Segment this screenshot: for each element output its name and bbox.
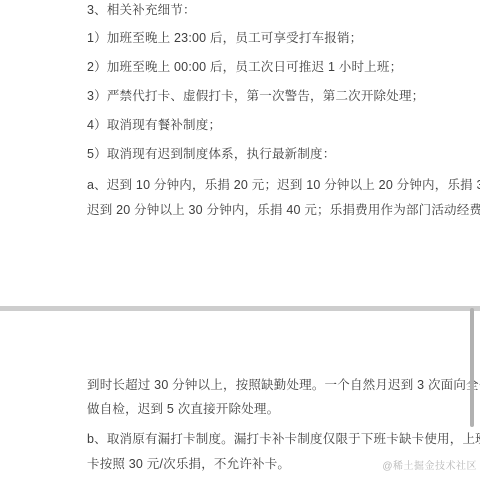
- doc-line: a、迟到 10 分钟内，乐捐 20 元；迟到 10 分钟以上 20 分钟内，乐捐…: [87, 178, 480, 192]
- doc-line: 2）加班至晚上 00:00 后，员工次日可推迟 1 小时上班；: [87, 60, 402, 74]
- scrollbar-thumb[interactable]: [470, 308, 474, 427]
- watermark-text: @稀土掘金技术社区: [382, 461, 477, 473]
- doc-line: 5）取消现有迟到制度体系，执行最新制度：: [87, 147, 335, 161]
- document-viewer: 3、相关补充细节： 1）加班至晚上 23:00 后，员工可享受打车报销； 2）加…: [0, 0, 480, 480]
- doc-line: 做自检，迟到 5 次直接开除处理。: [87, 402, 279, 416]
- page-break-divider: [0, 306, 480, 311]
- doc-line: 3）严禁代打卡、虚假打卡，第一次警告，第二次开除处理；: [87, 89, 424, 103]
- doc-line: 4）取消现有餐补制度；: [87, 118, 221, 132]
- doc-line: 1）加班至晚上 23:00 后，员工可享受打车报销；: [87, 31, 362, 45]
- doc-line: 3、相关补充细节：: [87, 3, 196, 17]
- doc-line: 卡按照 30 元/次乐捐，不允许补卡。: [87, 457, 290, 471]
- doc-line: b、取消原有漏打卡制度。漏打卡补卡制度仅限于下班卡缺卡使用，上班缺: [87, 432, 480, 446]
- doc-line: 到时长超过 30 分钟以上，按照缺勤处理。一个自然月迟到 3 次面向全公司: [87, 378, 480, 392]
- doc-line: 迟到 20 分钟以上 30 分钟内，乐捐 40 元；乐捐费用作为部门活动经费；迟: [87, 203, 480, 217]
